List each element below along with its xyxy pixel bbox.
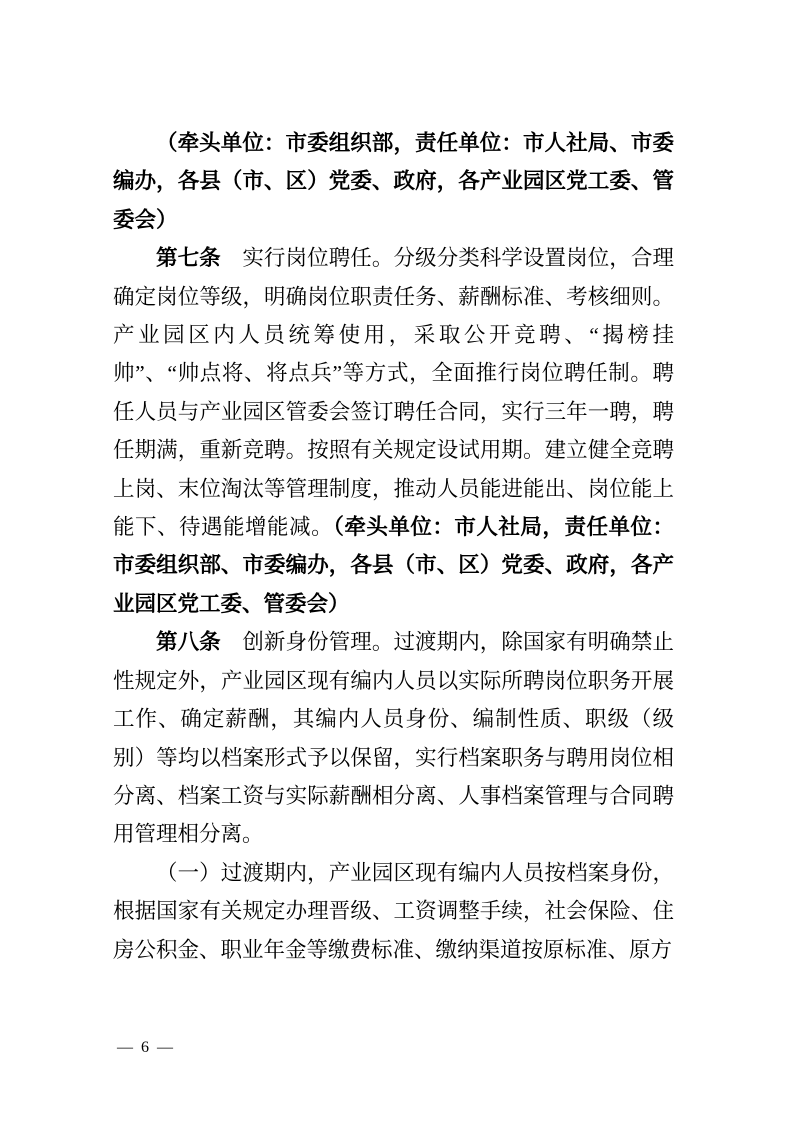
article-7-paragraph: 第七条 实行岗位聘任。分级分类科学设置岗位，合理确定岗位等级，明确岗位职责任务、… <box>113 239 674 623</box>
document-page: （牵头单位：市委组织部，责任单位：市人社局、市委编办，各县（市、区）党委、政府，… <box>0 0 793 1122</box>
text-run: 创新身份管理。过渡期内，除国家有明确禁止性规定外，产业园区现有编内人员以实际所聘… <box>113 630 674 846</box>
bold-text-run: 第八条 <box>156 630 221 654</box>
page-number: — 6 — <box>117 1039 175 1056</box>
page-footer: — 6 — <box>117 1036 175 1060</box>
text-run: （一）过渡期内，产业园区现有编内人员按档案身份，根据国家有关规定办理晋级、工资调… <box>113 861 674 962</box>
article-8-paragraph: 第八条 创新身份管理。过渡期内，除国家有明确禁止性规定外，产业园区现有编内人员以… <box>113 623 674 853</box>
document-body: （牵头单位：市委组织部，责任单位：市人社局、市委编办，各县（市、区）党委、政府，… <box>113 124 674 969</box>
text-run: 实行岗位聘任。分级分类科学设置岗位，合理确定岗位等级，明确岗位职责任务、薪酬标准… <box>113 246 674 539</box>
item-1-paragraph: （一）过渡期内，产业园区现有编内人员按档案身份，根据国家有关规定办理晋级、工资调… <box>113 854 674 969</box>
lead-units-paragraph: （牵头单位：市委组织部，责任单位：市人社局、市委编办，各县（市、区）党委、政府，… <box>113 124 674 239</box>
bold-text-run: （牵头单位：市委组织部，责任单位：市人社局、市委编办，各县（市、区）党委、政府，… <box>113 131 674 232</box>
bold-text-run: 第七条 <box>156 246 221 270</box>
